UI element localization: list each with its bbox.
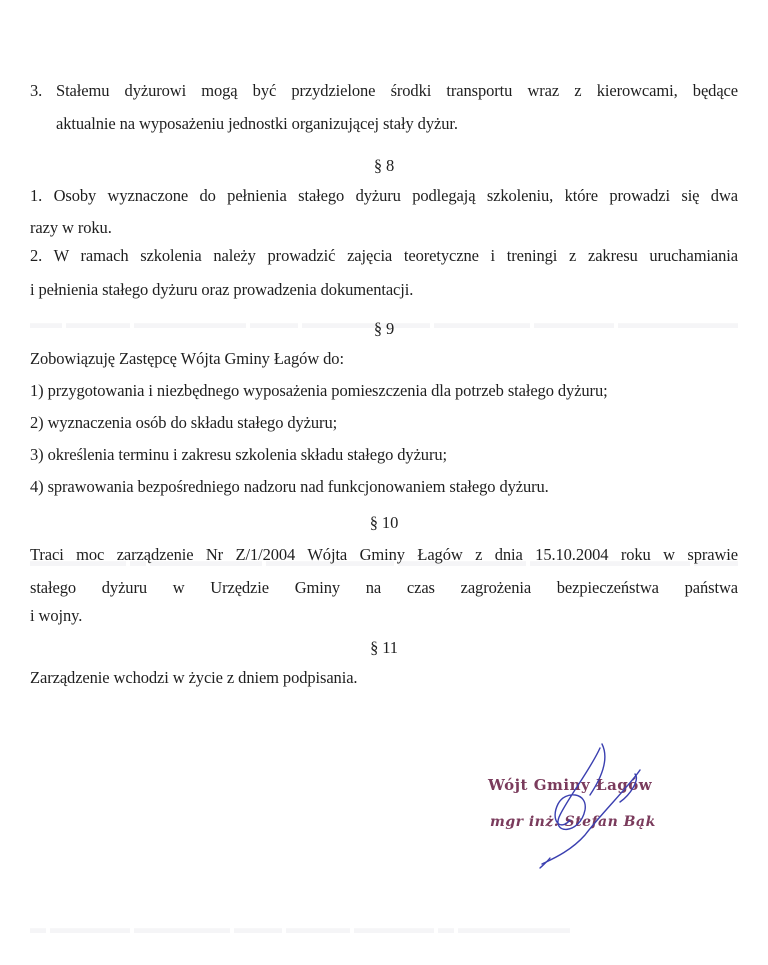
section-heading-10: § 10 bbox=[0, 513, 768, 533]
s8-item-2-line-2: i pełnienia stałego dyżuru oraz prowadze… bbox=[30, 280, 738, 300]
s8-item-2-line-1: 2. W ramach szkolenia należy prowadzić z… bbox=[30, 246, 738, 266]
s9-item-1: 1) przygotowania i niezbędnego wyposażen… bbox=[30, 381, 738, 401]
s9-item-3: 3) określenia terminu i zakresu szkoleni… bbox=[30, 445, 738, 465]
section-heading-9: § 9 bbox=[0, 319, 768, 339]
paragraph-3-line-1: Stałemu dyżurowi mogą być przydzielone ś… bbox=[56, 81, 738, 101]
s10-line-3: i wojny. bbox=[30, 606, 738, 626]
bleed-through-text: ▬ ▬▬▬▬▬ ▬▬▬▬▬▬ ▬▬▬ ▬▬▬▬ ▬▬▬▬▬ ▬ ▬▬▬▬▬▬▬ bbox=[30, 920, 738, 938]
s10-line-2: stałego dyżuru w Urzędzie Gminy na czas … bbox=[30, 578, 738, 598]
s9-item-4: 4) sprawowania bezpośredniego nadzoru na… bbox=[30, 477, 738, 497]
section-heading-8: § 8 bbox=[0, 156, 768, 176]
s10-line-1: Traci moc zarządzenie Nr Z/1/2004 Wójta … bbox=[30, 545, 738, 565]
s9-item-2: 2) wyznaczenia osób do składu stałego dy… bbox=[30, 413, 738, 433]
s11-text: Zarządzenie wchodzi w życie z dniem podp… bbox=[30, 668, 738, 688]
paragraph-3-line-2: aktualnie na wyposażeniu jednostki organ… bbox=[56, 114, 738, 134]
handwritten-signature-icon bbox=[490, 740, 670, 870]
s9-intro: Zobowiązuję Zastępcę Wójta Gminy Łagów d… bbox=[30, 349, 738, 369]
s8-item-1-line-2: razy w roku. bbox=[30, 218, 738, 238]
s8-item-1-line-1: 1. Osoby wyznaczone do pełnienia stałego… bbox=[30, 186, 738, 206]
section-heading-11: § 11 bbox=[0, 638, 768, 658]
